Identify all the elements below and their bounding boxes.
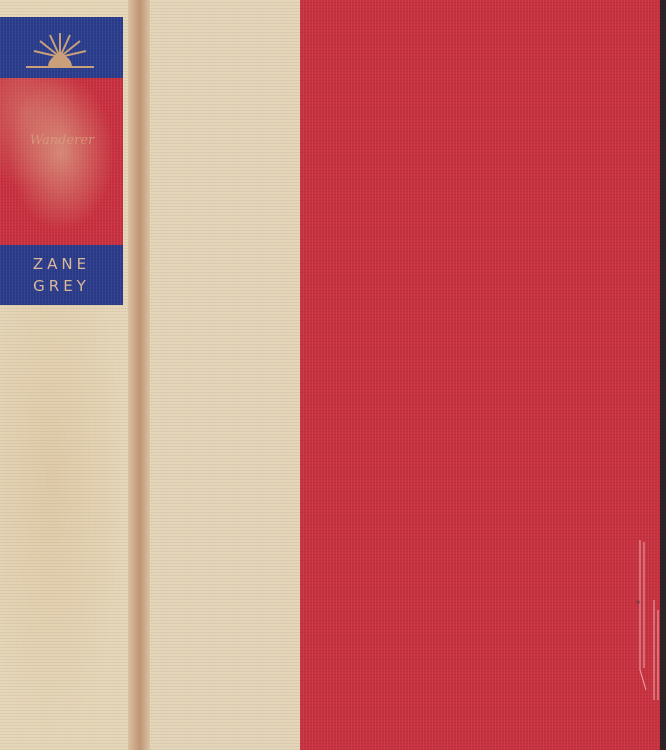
worn-area xyxy=(0,78,123,245)
spine-stain xyxy=(0,300,128,750)
front-cover-red xyxy=(300,0,660,750)
book-spine: Wanderer ZANE GREY xyxy=(0,0,128,750)
rising-sun-icon xyxy=(20,27,100,73)
spine-hinge xyxy=(128,0,150,750)
spine-author: ZANE GREY xyxy=(0,253,123,297)
spine-title: Wanderer xyxy=(8,133,116,149)
front-board-cloth xyxy=(150,0,300,750)
author-last: GREY xyxy=(0,275,123,297)
author-first: ZANE xyxy=(0,253,123,275)
cover-scuff-marks xyxy=(632,540,662,700)
spine-title-panel: Wanderer xyxy=(0,78,123,245)
spine-author-panel: ZANE GREY xyxy=(0,245,123,305)
spine-label-top xyxy=(0,17,123,78)
